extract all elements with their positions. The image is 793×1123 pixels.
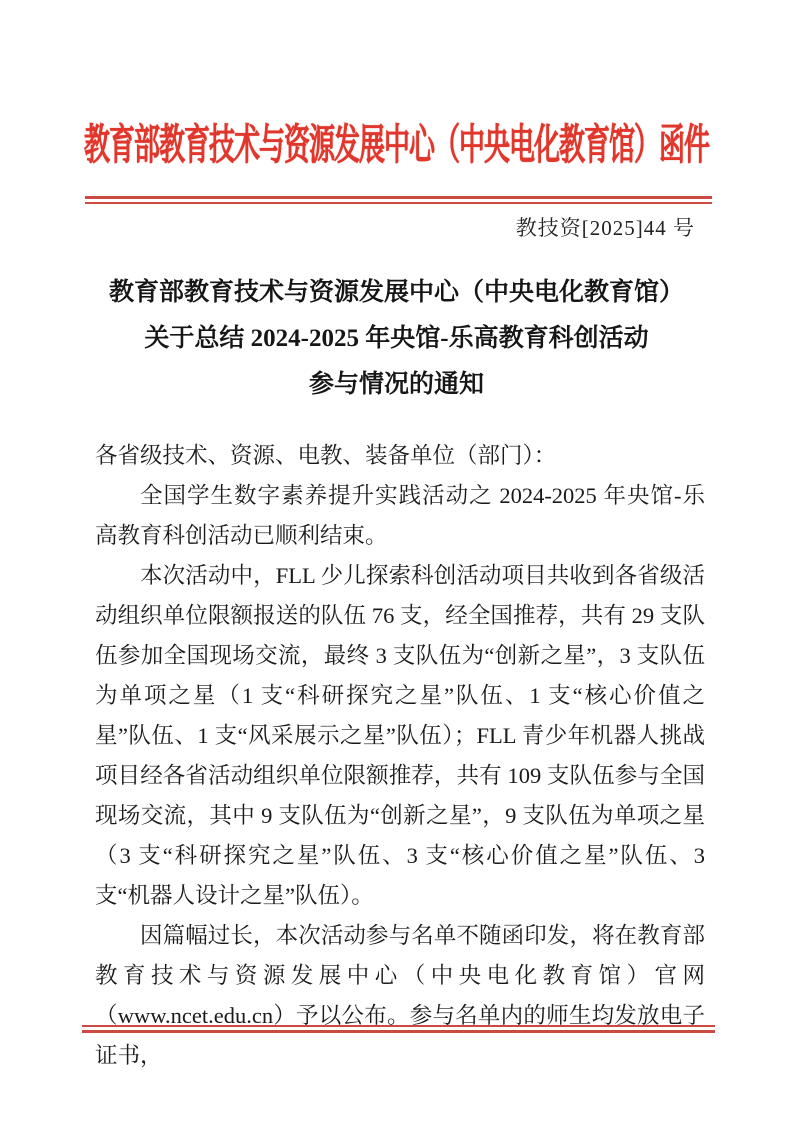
document-number: 教技资[2025]44 号 xyxy=(516,212,695,242)
letterhead-title: 教育部教育技术与资源发展中心（中央电化教育馆）函件 xyxy=(0,112,793,149)
official-notice-page: 教育部教育技术与资源发展中心（中央电化教育馆）函件 教技资[2025]44 号 … xyxy=(0,0,793,1123)
paragraph-results-details: 本次活动中，FLL 少儿探索科创活动项目共收到各省级活动组织单位限额报送的队伍 … xyxy=(95,556,705,916)
notice-title: 教育部教育技术与资源发展中心（中央电化教育馆） 关于总结 2024-2025 年… xyxy=(0,270,793,408)
divider-thin-line xyxy=(85,202,712,204)
notice-title-line-2: 关于总结 2024-2025 年央馆-乐高教育科创活动 xyxy=(0,316,793,362)
paragraph-activity-conclusion: 全国学生数字素养提升实践活动之 2024-2025 年央馆-乐高教育科创活动已顺… xyxy=(95,476,705,556)
paragraph-publication-notice: 因篇幅过长，本次活动参与名单不随函印发，将在教育部教育技术与资源发展中心（中央电… xyxy=(95,916,705,1076)
footer-divider-thick-line xyxy=(82,1030,715,1034)
notice-body: 各省级技术、资源、电教、装备单位（部门）： 全国学生数字素养提升实践活动之 20… xyxy=(95,436,705,1076)
notice-title-line-1: 教育部教育技术与资源发展中心（中央电化教育馆） xyxy=(0,270,793,316)
footer-divider xyxy=(82,1025,715,1033)
letterhead-divider xyxy=(85,196,712,204)
salutation: 各省级技术、资源、电教、装备单位（部门）： xyxy=(95,436,705,476)
letterhead-title-text: 教育部教育技术与资源发展中心（中央电化教育馆）函件 xyxy=(84,112,709,172)
notice-title-line-3: 参与情况的通知 xyxy=(0,362,793,408)
